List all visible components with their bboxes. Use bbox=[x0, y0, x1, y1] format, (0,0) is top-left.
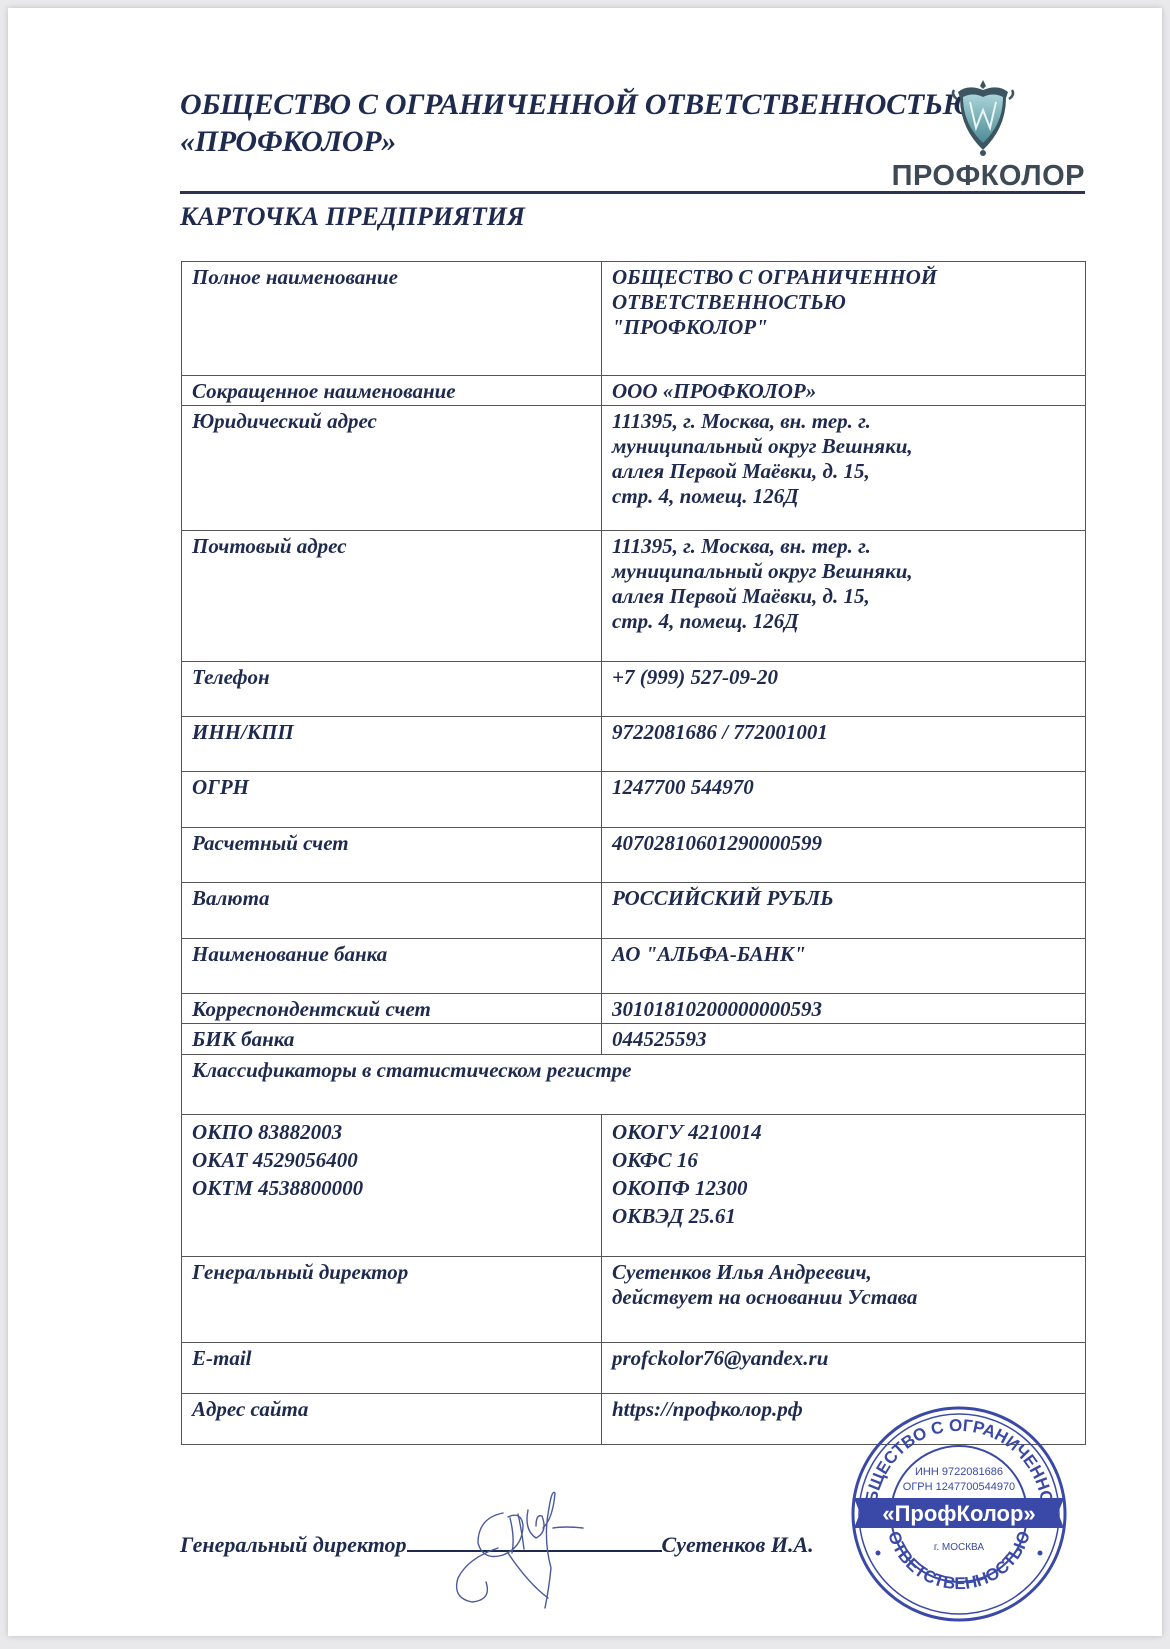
table-row: E-mail profckolor76@yandex.ru bbox=[182, 1343, 1086, 1394]
row-value: РОССИЙСКИЙ РУБЛЬ bbox=[602, 883, 1086, 939]
row-label: Полное наименование bbox=[182, 262, 602, 376]
table-row: Телефон +7 (999) 527-09-20 bbox=[182, 662, 1086, 717]
table-row: Расчетный счет 40702810601290000599 bbox=[182, 828, 1086, 883]
table-row: ОГРН 1247700 544970 bbox=[182, 772, 1086, 828]
value-line: стр. 4, помещ. 126Д bbox=[612, 609, 1075, 634]
svg-text:ИНН 9722081686: ИНН 9722081686 bbox=[915, 1466, 1003, 1478]
value-line: 111395, г. Москва, вн. тер. г. bbox=[612, 409, 1075, 434]
row-value: 1247700 544970 bbox=[602, 772, 1086, 828]
svg-text:г. МОСКВА: г. МОСКВА bbox=[934, 1542, 984, 1553]
row-value: ОБЩЕСТВО С ОГРАНИЧЕННОЙ ОТВЕТСТВЕННОСТЬЮ… bbox=[602, 262, 1086, 376]
classifier-code: ОКВЭД 25.61 bbox=[612, 1202, 1075, 1230]
table-row: Почтовый адрес 111395, г. Москва, вн. те… bbox=[182, 531, 1086, 662]
shield-logo-icon bbox=[950, 78, 1016, 158]
table-row: Корреспондентский счет 30101810200000000… bbox=[182, 994, 1086, 1024]
company-logo: ПРОФКОЛОР bbox=[880, 78, 1085, 193]
value-line: ОБЩЕСТВО С ОГРАНИЧЕННОЙ bbox=[612, 265, 1075, 290]
classifier-code: ОКПО 83882003 bbox=[192, 1118, 591, 1146]
handwritten-signature bbox=[448, 1488, 648, 1628]
table-row: Валюта РОССИЙСКИЙ РУБЛЬ bbox=[182, 883, 1086, 939]
company-title-line2: «ПРОФКОЛОР» bbox=[180, 123, 974, 160]
table-row: ОКПО 83882003 ОКАТ 4529056400 ОКТМ 45388… bbox=[182, 1115, 1086, 1257]
svg-text:ОТВЕТСТВЕННОСТЬЮ: ОТВЕТСТВЕННОСТЬЮ bbox=[884, 1529, 1034, 1594]
table-row: Юридический адрес 111395, г. Москва, вн.… bbox=[182, 406, 1086, 531]
row-value: 30101810200000000593 bbox=[602, 994, 1086, 1024]
page-title: КАРТОЧКА ПРЕДПРИЯТИЯ bbox=[180, 201, 525, 233]
value-line: муниципальный округ Вешняки, bbox=[612, 434, 1075, 459]
value-line: Суетенков Илья Андреевич, bbox=[612, 1260, 1075, 1285]
value-line: стр. 4, помещ. 126Д bbox=[612, 484, 1075, 509]
row-label: ОГРН bbox=[182, 772, 602, 828]
classifier-code: ОКОГУ 4210014 bbox=[612, 1118, 1075, 1146]
row-label: Почтовый адрес bbox=[182, 531, 602, 662]
table-row: Генеральный директор Суетенков Илья Андр… bbox=[182, 1257, 1086, 1343]
table-row: ИНН/КПП 9722081686 / 772001001 bbox=[182, 717, 1086, 772]
svg-text:ОГРН 1247700544970: ОГРН 1247700544970 bbox=[903, 1481, 1015, 1493]
row-value: 40702810601290000599 bbox=[602, 828, 1086, 883]
signer-position: Генеральный директор bbox=[180, 1532, 407, 1557]
table-row: Классификаторы в статистическом регистре bbox=[182, 1055, 1086, 1115]
row-value: 111395, г. Москва, вн. тер. г. муниципал… bbox=[602, 406, 1086, 531]
row-value: ООО «ПРОФКОЛОР» bbox=[602, 376, 1086, 406]
row-value: +7 (999) 527-09-20 bbox=[602, 662, 1086, 717]
classifier-code: ОКОПФ 12300 bbox=[612, 1174, 1075, 1202]
value-line: "ПРОФКОЛОР" bbox=[612, 315, 1075, 340]
document-page: ОБЩЕСТВО С ОГРАНИЧЕННОЙ ОТВЕТСТВЕННОСТЬЮ… bbox=[8, 8, 1162, 1636]
row-label: Расчетный счет bbox=[182, 828, 602, 883]
row-label: Корреспондентский счет bbox=[182, 994, 602, 1024]
table-row: Наименование банка АО "АЛЬФА-БАНК" bbox=[182, 939, 1086, 994]
email-value[interactable]: profckolor76@yandex.ru bbox=[602, 1343, 1086, 1394]
table-row: Полное наименование ОБЩЕСТВО С ОГРАНИЧЕН… bbox=[182, 262, 1086, 376]
header-divider bbox=[180, 191, 1085, 194]
row-value: 9722081686 / 772001001 bbox=[602, 717, 1086, 772]
table-row: БИК банка 044525593 bbox=[182, 1024, 1086, 1055]
signer-name: Суетенков И.А. bbox=[662, 1532, 814, 1557]
row-label: Телефон bbox=[182, 662, 602, 717]
row-label: Наименование банка bbox=[182, 939, 602, 994]
table-row: Сокращенное наименование ООО «ПРОФКОЛОР» bbox=[182, 376, 1086, 406]
company-card-table: Полное наименование ОБЩЕСТВО С ОГРАНИЧЕН… bbox=[181, 261, 1086, 1445]
row-label: Валюта bbox=[182, 883, 602, 939]
value-line: действует на основании Устава bbox=[612, 1285, 1075, 1310]
value-line: аллея Первой Маёвки, д. 15, bbox=[612, 459, 1075, 484]
row-label: Сокращенное наименование bbox=[182, 376, 602, 406]
value-line: муниципальный округ Вешняки, bbox=[612, 559, 1075, 584]
row-value: Суетенков Илья Андреевич, действует на о… bbox=[602, 1257, 1086, 1343]
value-line: 111395, г. Москва, вн. тер. г. bbox=[612, 534, 1075, 559]
classifiers-header: Классификаторы в статистическом регистре bbox=[182, 1055, 1086, 1115]
row-label: E-mail bbox=[182, 1343, 602, 1394]
row-value: АО "АЛЬФА-БАНК" bbox=[602, 939, 1086, 994]
svg-text:«ПрофКолор»: «ПрофКолор» bbox=[882, 1501, 1035, 1526]
value-line: ОТВЕТСТВЕННОСТЬЮ bbox=[612, 290, 1075, 315]
classifier-code: ОКТМ 4538800000 bbox=[192, 1174, 591, 1202]
row-value: 111395, г. Москва, вн. тер. г. муниципал… bbox=[602, 531, 1086, 662]
row-value: 044525593 bbox=[602, 1024, 1086, 1055]
classifier-code: ОКАТ 4529056400 bbox=[192, 1146, 591, 1174]
logo-wordmark: ПРОФКОЛОР bbox=[880, 160, 1085, 193]
classifiers-left: ОКПО 83882003 ОКАТ 4529056400 ОКТМ 45388… bbox=[182, 1115, 602, 1257]
classifiers-right: ОКОГУ 4210014 ОКФС 16 ОКОПФ 12300 ОКВЭД … bbox=[602, 1115, 1086, 1257]
company-title-line1: ОБЩЕСТВО С ОГРАНИЧЕННОЙ ОТВЕТСТВЕННОСТЬЮ bbox=[180, 86, 974, 123]
row-label: Генеральный директор bbox=[182, 1257, 602, 1343]
row-label: Юридический адрес bbox=[182, 406, 602, 531]
row-label: Адрес сайта bbox=[182, 1394, 602, 1445]
company-title: ОБЩЕСТВО С ОГРАНИЧЕННОЙ ОТВЕТСТВЕННОСТЬЮ… bbox=[180, 86, 974, 160]
company-seal: ОБЩЕСТВО С ОГРАНИЧЕННОЙ ОТВЕТСТВЕННОСТЬЮ… bbox=[848, 1403, 1070, 1625]
classifier-code: ОКФС 16 bbox=[612, 1146, 1075, 1174]
value-line: аллея Первой Маёвки, д. 15, bbox=[612, 584, 1075, 609]
row-label: ИНН/КПП bbox=[182, 717, 602, 772]
row-label: БИК банка bbox=[182, 1024, 602, 1055]
